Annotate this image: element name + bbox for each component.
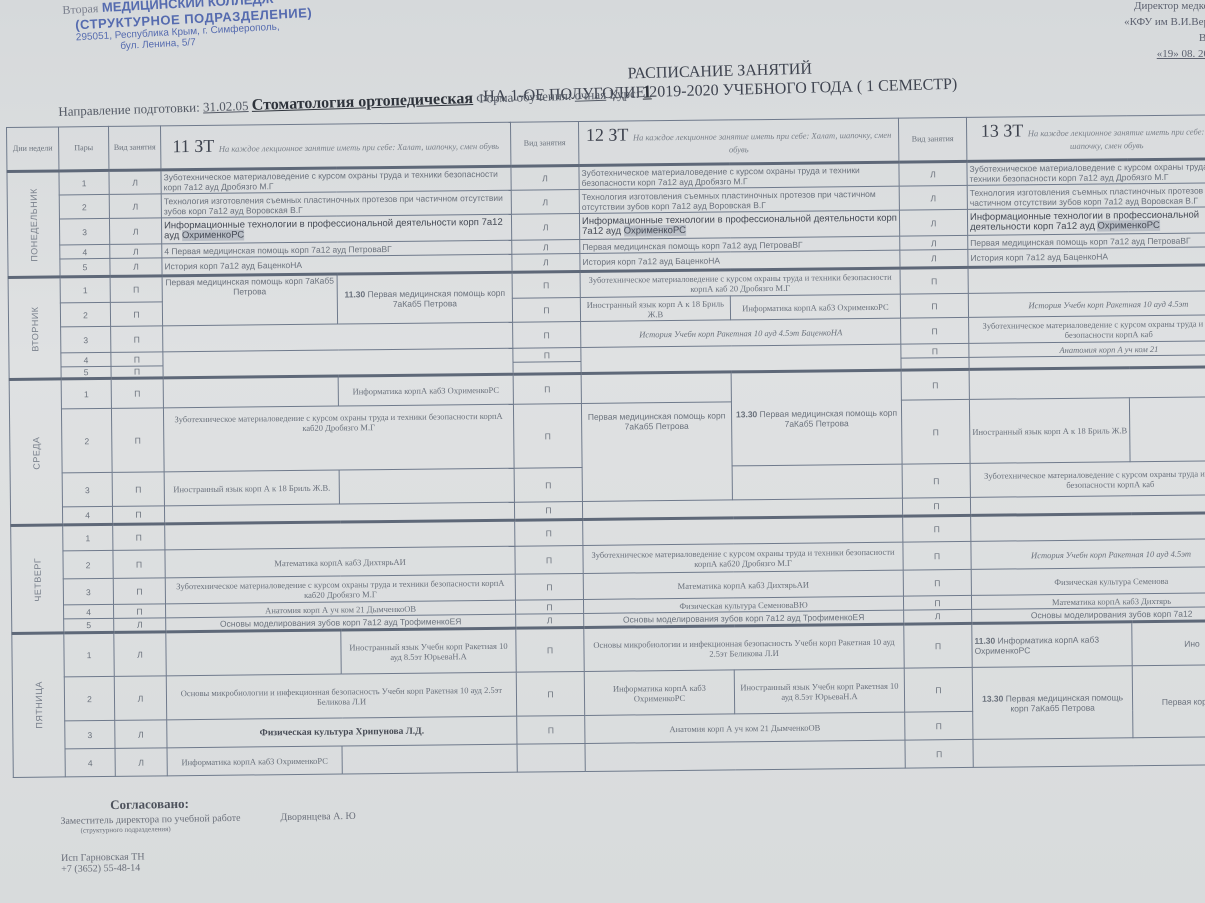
lesson-cell: Иностранный язык корп А к 18 Бриль Ж.В <box>969 398 1130 464</box>
pair-number: 1 <box>61 378 111 409</box>
lesson-type: П <box>901 343 969 358</box>
lesson-type: П <box>514 467 582 502</box>
pair-number: 3 <box>61 326 111 353</box>
lesson-cell <box>581 344 901 373</box>
pair-number: 2 <box>60 302 110 327</box>
lesson-cell: Технология изготовления съемных пластино… <box>161 190 511 218</box>
lesson-type: Л <box>109 194 161 219</box>
lesson-type: П <box>111 366 163 379</box>
lesson-cell: Зуботехническое материаловедение с курсо… <box>579 162 899 189</box>
lesson-cell: Информатика корпА каб3 ОхрименкоРС <box>584 670 734 716</box>
lesson-type: П <box>111 326 163 353</box>
lesson-type: П <box>513 321 581 348</box>
lesson-type: П <box>111 378 163 409</box>
lesson-type: Л <box>512 253 580 272</box>
lesson-type: П <box>515 573 583 600</box>
lesson-cell <box>585 740 905 771</box>
lesson-type: П <box>904 667 972 712</box>
pair-number: 5 <box>61 366 111 379</box>
lesson-cell <box>971 512 1205 541</box>
pair-number: 3 <box>63 578 113 605</box>
lesson-cell: Технология изготовления съемных пластино… <box>967 183 1205 210</box>
lesson-type: П <box>516 671 584 716</box>
course-label: Курс: <box>609 86 640 102</box>
college-stamp: Вторая МЕДИЦИНСКИЙ КОЛЛЕДЖ (СТРУКТУРНОЕ … <box>62 0 314 55</box>
lesson-type: П <box>113 550 165 579</box>
header-group-13: 13 ЗТ На каждое лекционное занятие иметь… <box>966 115 1205 162</box>
lesson-type: П <box>515 599 583 614</box>
lesson-cell: Зуботехническое материаловедение с курсо… <box>583 542 903 573</box>
lesson-cell <box>339 468 514 504</box>
lesson-cell: Зуботехническое материаловедение с курсо… <box>165 574 515 604</box>
direction-name: Стоматология ортопедическая <box>251 90 473 114</box>
lesson-type: П <box>113 578 165 605</box>
pair-number: 4 <box>61 352 111 367</box>
lesson-cell <box>583 516 903 545</box>
lesson-type: П <box>513 373 581 404</box>
lesson-type: П <box>513 347 581 362</box>
lesson-type: П <box>512 297 580 322</box>
pair-number: 2 <box>63 550 113 579</box>
day-tuesday: ВТОРНИК <box>8 277 61 380</box>
day-thursday: ЧЕТВЕРГ <box>11 525 64 634</box>
lesson-cell: Анатомия корп А уч ком 21 ДымченкоОВ <box>585 712 905 743</box>
agreed-label: Согласовано: <box>110 793 356 813</box>
lesson-type: П <box>110 302 162 327</box>
lesson-type <box>901 357 969 370</box>
lesson-cell: Зуботехническое материаловедение с курсо… <box>161 166 511 194</box>
lesson-type: П <box>113 524 165 551</box>
pair-number: 2 <box>59 194 109 219</box>
lesson-cell: Информационные технологии в профессионал… <box>161 214 511 244</box>
lesson-type: Л <box>114 632 166 677</box>
lesson-type: П <box>905 739 973 768</box>
lesson-cell: Иностранный язык Учебн корп Ракетная 10 … <box>341 628 516 674</box>
lesson-type: Л <box>900 235 968 250</box>
lesson-type: Л <box>511 213 579 240</box>
deputy-name: Дворянцева А. Ю <box>280 811 355 823</box>
lesson-cell: 13.30 Первая медицинская помощь корп 7аК… <box>731 370 902 466</box>
pair-number: 4 <box>65 748 115 777</box>
lesson-cell: Зуботехническое материаловедение с курсо… <box>969 314 1205 343</box>
lesson-cell: Зуботехническое материаловедение с курсо… <box>970 460 1205 497</box>
lesson-cell: История Учебн корп Ракетная 10 ауд 4.5эт… <box>581 318 901 347</box>
header-pair: Пары <box>59 126 109 171</box>
day-wednesday: СРЕДА <box>9 379 63 526</box>
header-group-11: 11 ЗТ На каждое лекционное занятие иметь… <box>160 122 510 170</box>
lesson-cell: История Учебн корп Ракетная 10 ауд 4.5эт <box>971 538 1205 569</box>
lesson-cell: Физическая культура Хрипунова Л.Д. <box>167 716 517 748</box>
lesson-cell <box>342 744 517 774</box>
schedule-table: Дни недели Пары Вид занятия 11 ЗТ На каж… <box>6 114 1205 778</box>
pair-number: 1 <box>59 170 109 195</box>
direction-code: 31.02.05 <box>203 98 249 114</box>
lesson-cell: Основы микробиологии и инфекционная безо… <box>584 624 904 671</box>
course-value: 1 <box>642 81 652 101</box>
day-monday: ПОНЕДЕЛЬНИК <box>7 171 60 278</box>
pair-number: 4 <box>60 244 110 259</box>
lesson-cell: Информационные технологии в профессионал… <box>579 210 899 239</box>
day-friday: ПЯТНИЦА <box>12 633 66 778</box>
lesson-cell: История Учебн корп Ракетная 10 ауд 4.5эт <box>968 291 1205 318</box>
form-label: Форма обучения: <box>476 88 572 106</box>
lesson-type: Л <box>511 190 579 215</box>
header-type-13: Вид занятия <box>898 117 966 162</box>
lesson-type: П <box>114 604 166 619</box>
pair-number: 3 <box>65 720 115 749</box>
lesson-cell <box>970 494 1205 515</box>
lesson-type: Л <box>109 218 161 245</box>
lesson-cell: Математика корпА каб3 ДихтярьАИ <box>165 546 515 578</box>
header-type: Вид занятия <box>108 126 160 171</box>
lesson-type: П <box>901 317 969 344</box>
lesson-type: П <box>900 267 968 294</box>
approval-block: Директор медко «КФУ им В.И.Вер В. «19» 0… <box>1124 0 1205 62</box>
lesson-type: П <box>903 541 971 570</box>
form-value: очная <box>574 87 606 103</box>
lesson-cell: Физическая культура Семенова <box>971 566 1205 595</box>
lesson-type: П <box>110 276 162 303</box>
lesson-cell: Первая корп 7а <box>1132 664 1205 737</box>
lesson-cell <box>581 372 731 404</box>
lesson-type: П <box>902 497 970 516</box>
lesson-cell: Математика корпА каб3 ДихтярьАИ <box>583 570 903 599</box>
approval-line-1: Директор медко <box>1124 0 1205 14</box>
lesson-cell <box>732 464 902 500</box>
lesson-cell <box>163 322 513 352</box>
lesson-type: Л <box>899 209 967 236</box>
lesson-type: Л <box>110 258 162 277</box>
pair-number: 4 <box>62 506 112 525</box>
lesson-type: П <box>514 501 582 520</box>
lesson-type: Л <box>110 244 162 259</box>
lesson-cell <box>165 520 515 550</box>
lesson-cell <box>969 366 1205 399</box>
lesson-cell: Технология изготовления съемных пластино… <box>579 186 899 213</box>
header-group-12: 12 ЗТ На каждое лекционное занятие иметь… <box>578 118 898 165</box>
pair-number: 1 <box>60 276 110 303</box>
lesson-type: П <box>515 545 583 574</box>
lesson-cell <box>968 265 1205 294</box>
lesson-type <box>513 361 581 374</box>
lesson-type: П <box>902 463 970 498</box>
lesson-type: Л <box>516 613 584 628</box>
lesson-cell: Ино <box>1132 620 1205 665</box>
lesson-type: П <box>112 472 164 507</box>
lesson-type: Л <box>900 249 968 268</box>
lesson-type: Л <box>115 720 167 749</box>
lesson-cell: 11.30 Первая медицинская помощь корп 7аК… <box>337 272 513 324</box>
lesson-type: Л <box>115 748 167 777</box>
lesson-cell: Основы микробиологии и инфекционная безо… <box>166 672 516 720</box>
pair-number: 5 <box>60 258 110 277</box>
lesson-type: П <box>516 627 584 672</box>
lesson-cell: Информатика корпА каб3 ОхрименкоРС <box>730 294 900 320</box>
pair-number: 3 <box>62 472 112 507</box>
lesson-cell <box>973 736 1205 767</box>
stamp-prefix: Вторая <box>62 1 99 17</box>
approval-line-2: «КФУ им В.И.Вер <box>1124 14 1205 30</box>
pair-number: 4 <box>64 604 114 619</box>
lesson-cell <box>1129 396 1205 461</box>
lesson-cell: Зуботехническое материаловедение с курсо… <box>580 268 900 297</box>
lesson-type: Л <box>899 161 967 186</box>
lesson-type: П <box>901 399 970 464</box>
lesson-type: П <box>515 519 583 546</box>
approval-date: «19» 08. 20 <box>1124 46 1205 62</box>
lesson-type: П <box>900 293 968 318</box>
lesson-type: П <box>904 623 972 668</box>
lesson-type: П <box>111 352 163 367</box>
lesson-cell: История корп 7а12 ауд БаценкоНА <box>968 247 1205 268</box>
pair-number: 5 <box>64 618 114 633</box>
pair-number: 3 <box>59 218 109 245</box>
lesson-type: П <box>903 569 971 596</box>
lesson-cell: Информационные технологии в профессионал… <box>967 207 1205 236</box>
header-day: Дни недели <box>7 127 59 172</box>
lesson-type: П <box>111 408 164 473</box>
lesson-type: Л <box>114 676 166 721</box>
lesson-type: П <box>903 595 971 610</box>
lesson-type: П <box>517 715 585 744</box>
lesson-cell: 11.30 Информатика корпА каб3 ОхрименкоРС <box>972 622 1132 668</box>
lesson-type: П <box>903 515 971 542</box>
lesson-cell: Иностранный язык Учебн корп Ракетная 10 … <box>734 668 904 714</box>
lesson-cell: Иностранный язык корп А к 18 Бриль Ж.В. <box>164 470 339 506</box>
lesson-type: П <box>513 403 582 468</box>
pair-number: 1 <box>64 632 114 677</box>
pair-number: 2 <box>64 676 114 721</box>
lesson-cell: Информатика корпА каб3 ОхрименкоРС <box>167 746 342 776</box>
lesson-cell <box>163 348 513 378</box>
lesson-type: Л <box>109 170 161 195</box>
schedule-document: Вторая МЕДИЦИНСКИЙ КОЛЛЕДЖ (СТРУКТУРНОЕ … <box>0 0 1205 903</box>
lesson-type: Л <box>511 166 579 191</box>
lesson-cell: Зуботехническое материаловедение с курсо… <box>967 159 1205 186</box>
lesson-type: П <box>901 369 969 400</box>
lesson-type: Л <box>512 239 580 254</box>
lesson-cell: Информатика корпА каб3 ОхрименкоРС <box>338 374 513 406</box>
lesson-cell: Первая медицинская помощь корп 7аКаб5 Пе… <box>581 402 732 502</box>
footer-signatures: Согласовано: Заместитель директора по уч… <box>60 793 357 875</box>
lesson-cell: Зуботехническое материаловедение с курсо… <box>163 404 514 472</box>
lesson-type: П <box>112 506 164 525</box>
lesson-cell: Первая медицинская помощь корп 7аКаб5 Пе… <box>162 274 338 326</box>
direction-label: Направление подготовки: <box>58 100 200 119</box>
lesson-cell <box>166 630 341 676</box>
lesson-cell <box>163 376 338 408</box>
pair-number: 1 <box>63 524 113 551</box>
lesson-type: Л <box>899 185 967 210</box>
lesson-type <box>517 743 585 772</box>
lesson-type: Л <box>904 609 972 624</box>
approval-line-3: В. <box>1124 30 1205 46</box>
header-type-12: Вид занятия <box>510 122 578 167</box>
lesson-type: П <box>512 271 580 298</box>
lesson-type: Л <box>114 618 166 633</box>
pair-number: 2 <box>61 408 112 473</box>
lesson-cell: Иностранный язык корп А к 18 Бриль Ж.В <box>580 296 730 322</box>
lesson-cell: 13.30 Первая медицинская помощь корп 7аК… <box>972 666 1133 740</box>
lesson-type: П <box>905 711 973 740</box>
program-info: Направление подготовки: 31.02.05 Стомато… <box>58 81 652 121</box>
